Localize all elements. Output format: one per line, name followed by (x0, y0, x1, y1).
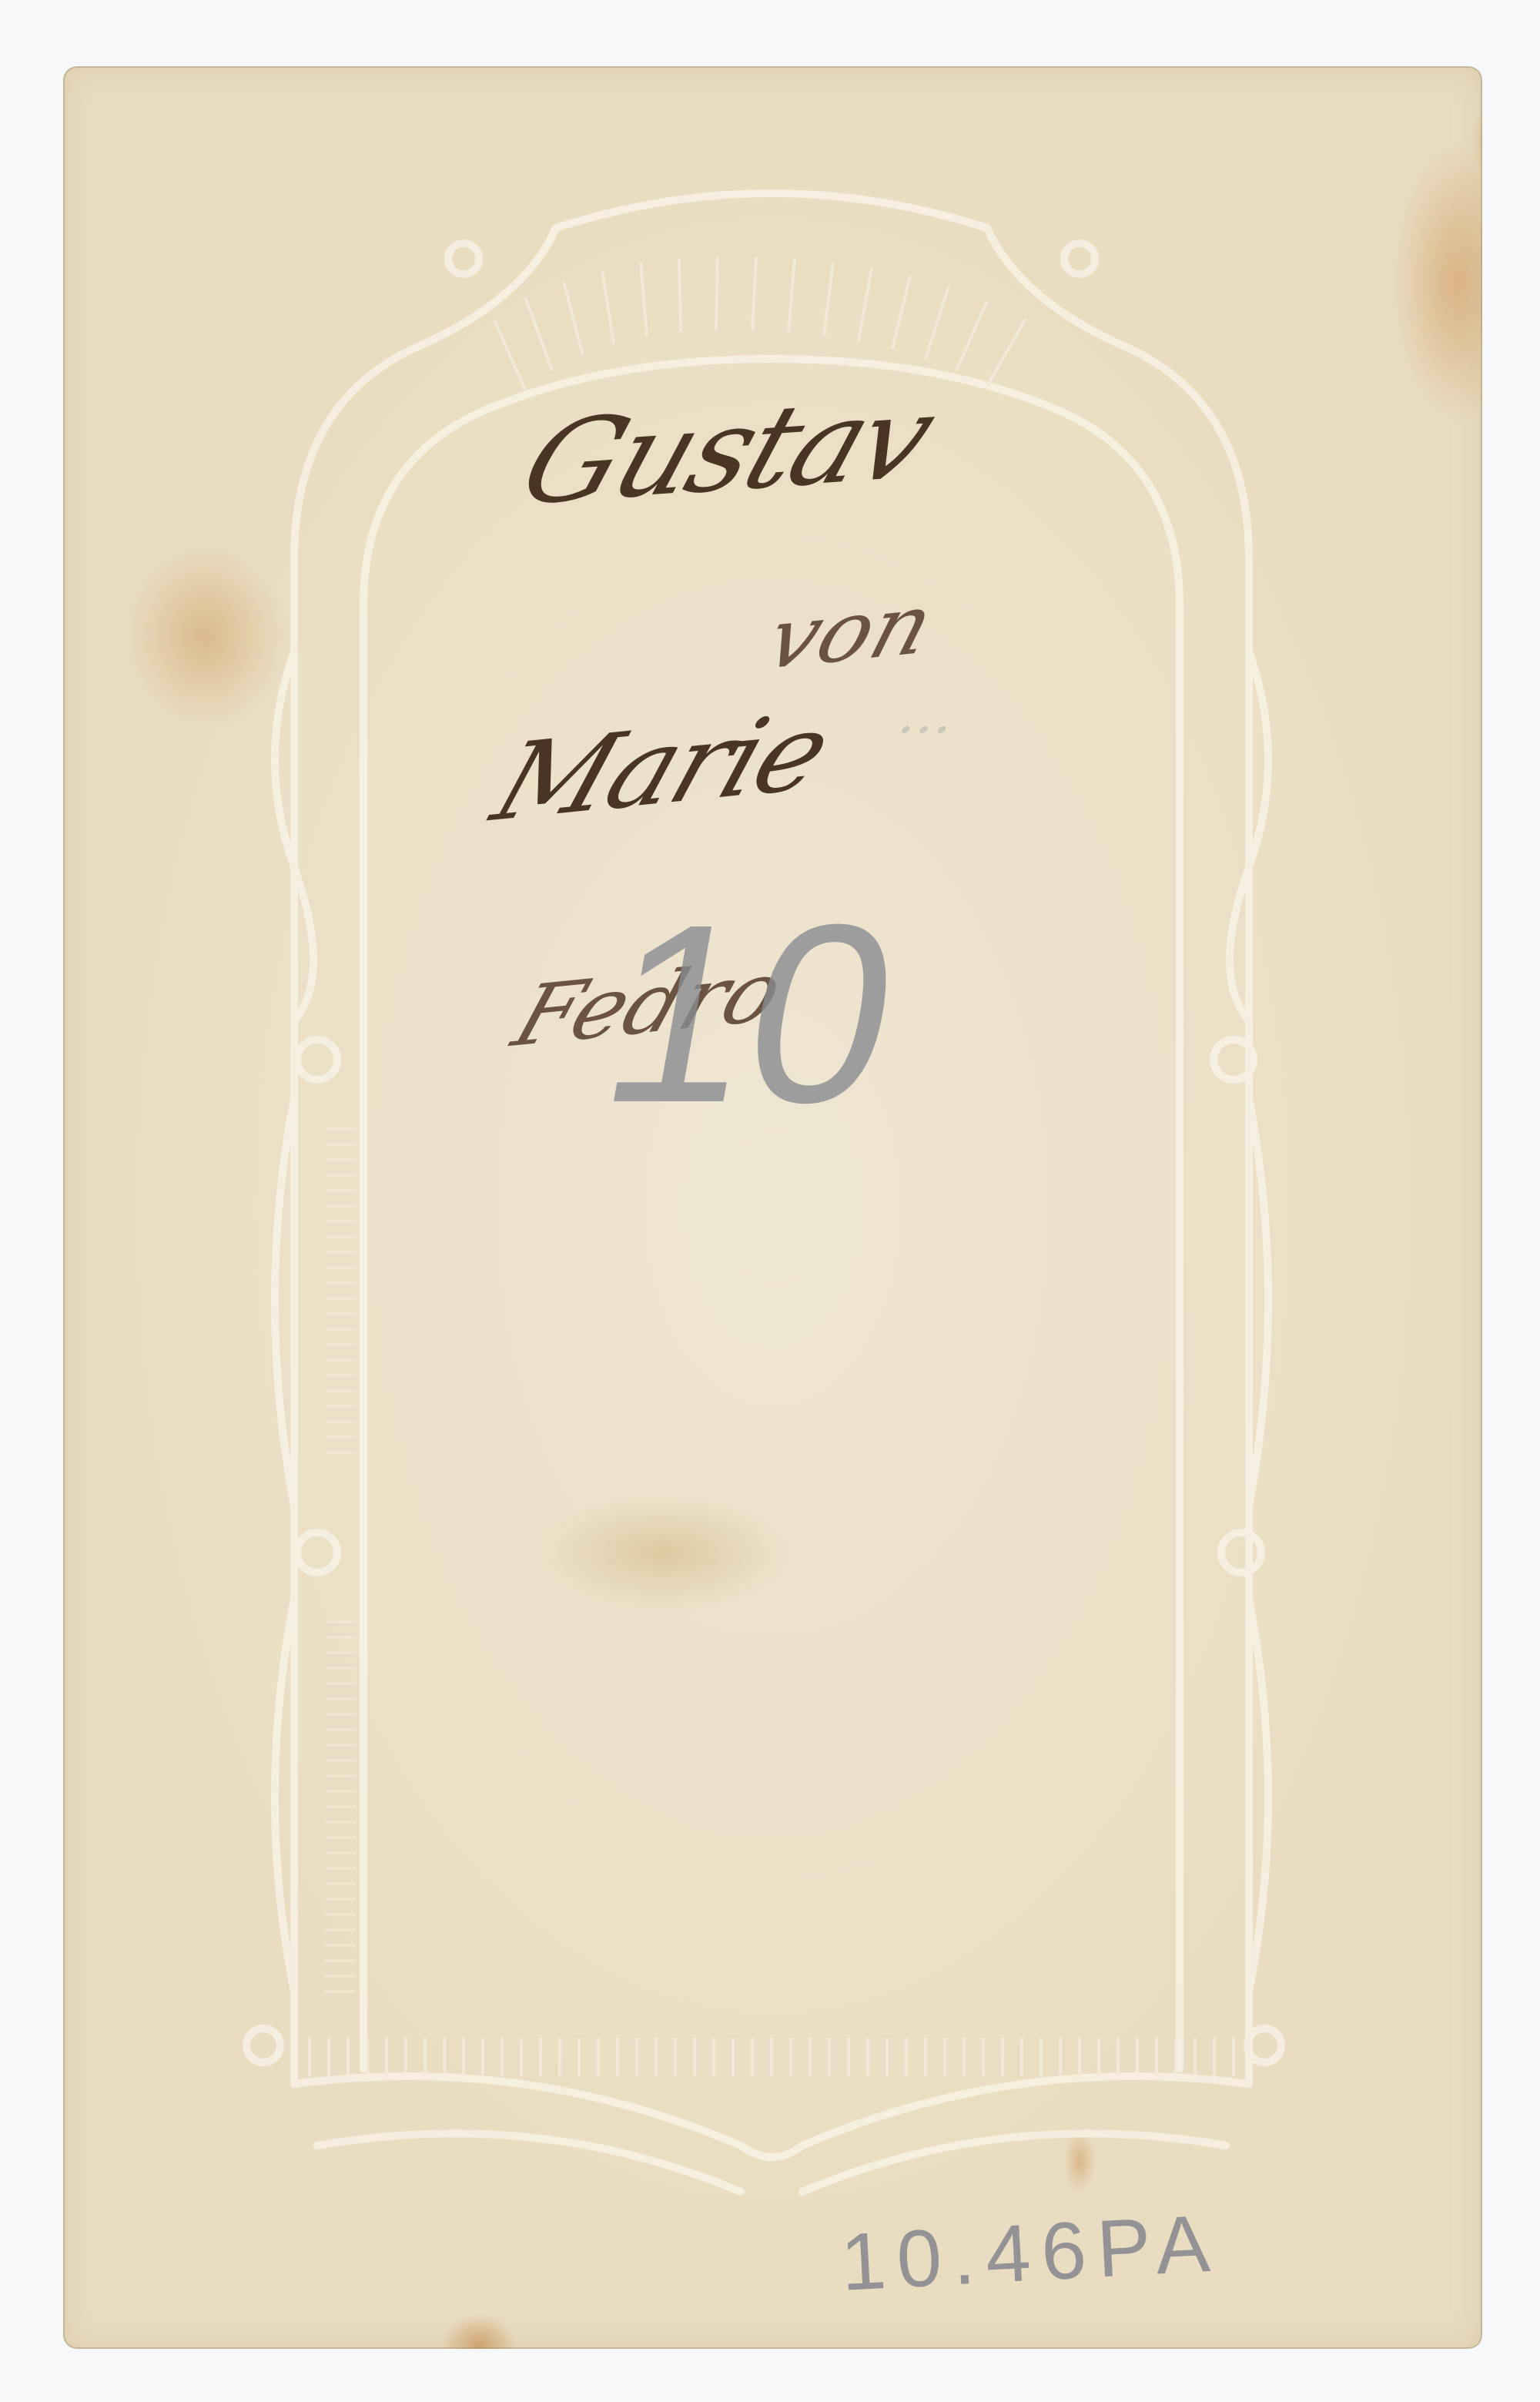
pencil-number: 10 (584, 867, 918, 1160)
card-back: … Gustav von Marie Fedro 10 10.46PA (63, 66, 1482, 2349)
